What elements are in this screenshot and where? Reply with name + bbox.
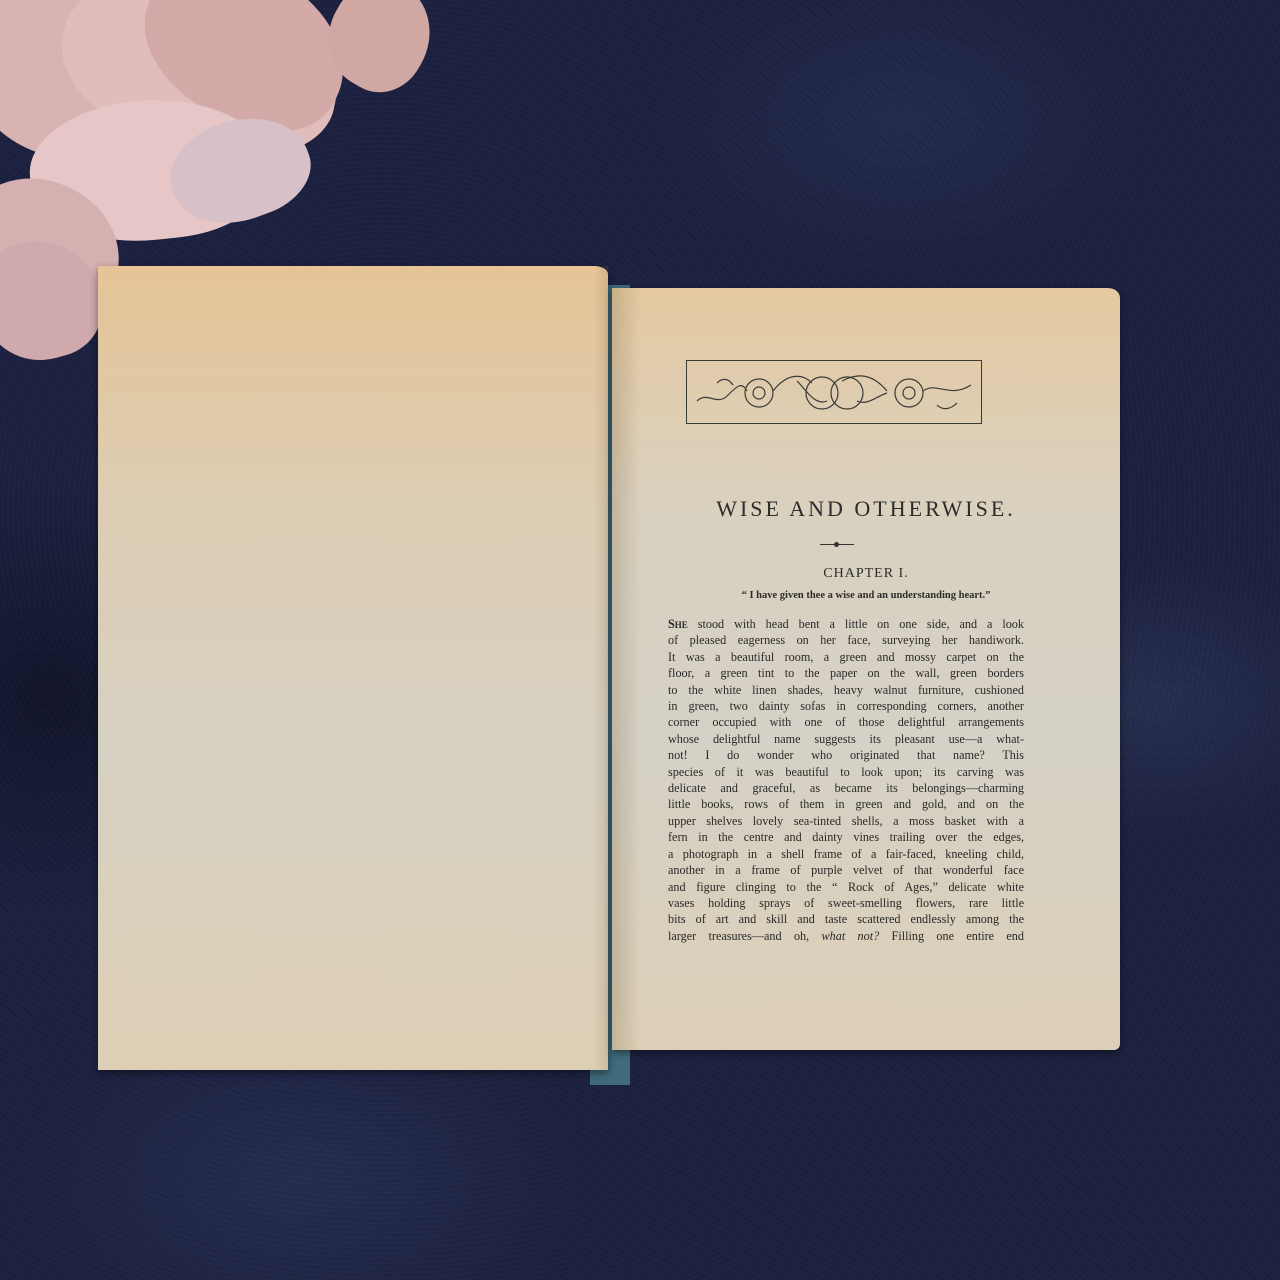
text-line: It was a beautiful room, a green and mos…	[668, 649, 1024, 665]
text-line: of pleased eagerness on her face, survey…	[668, 632, 1024, 648]
book-title: WISE AND OTHERWISE.	[612, 496, 1120, 522]
text-line: bits of art and skill and taste scattere…	[668, 911, 1024, 927]
text-line: to the white linen shades, heavy walnut …	[668, 682, 1024, 698]
text-line: corner occupied with one of those deligh…	[668, 714, 1024, 730]
text-line: in green, two dainty sofas in correspond…	[668, 698, 1024, 714]
text-line: floor, a green tint to the paper on the …	[668, 665, 1024, 681]
right-page: WISE AND OTHERWISE. CHAPTER I. “ I have …	[612, 288, 1120, 1050]
text-line: little books, rows of them in green and …	[668, 796, 1024, 812]
text-line: a photograph in a shell frame of a fair-…	[668, 846, 1024, 862]
text-line: upper shelves lovely sea-tinted shells, …	[668, 813, 1024, 829]
headpiece-ornament-icon	[686, 360, 982, 424]
text-line: fern in the centre and dainty vines trai…	[668, 829, 1024, 845]
text-line: not! I do wonder who originated that nam…	[668, 747, 1024, 763]
drop-word: She	[668, 617, 688, 631]
text-line: She stood with head bent a little on one…	[668, 616, 1024, 632]
text-line: another in a frame of purple velvet of t…	[668, 862, 1024, 878]
text-line: vases holding sprays of sweet-smelling f…	[668, 895, 1024, 911]
left-page-blank	[98, 266, 608, 1070]
text-line: delicate and graceful, as became its bel…	[668, 780, 1024, 796]
text-line: larger treasures—and oh, what not? Filli…	[668, 928, 1024, 944]
chapter-heading: CHAPTER I.	[612, 566, 1120, 582]
text-line: species of it was beautiful to look upon…	[668, 764, 1024, 780]
title-divider	[820, 544, 854, 545]
text-line: and figure clinging to the “ Rock of Age…	[668, 879, 1024, 895]
text-line: whose delightful name suggests its pleas…	[668, 731, 1024, 747]
epigraph: “ I have given thee a wise and an unders…	[612, 590, 1120, 601]
chapter-body-text: She stood with head bent a little on one…	[668, 616, 1024, 944]
